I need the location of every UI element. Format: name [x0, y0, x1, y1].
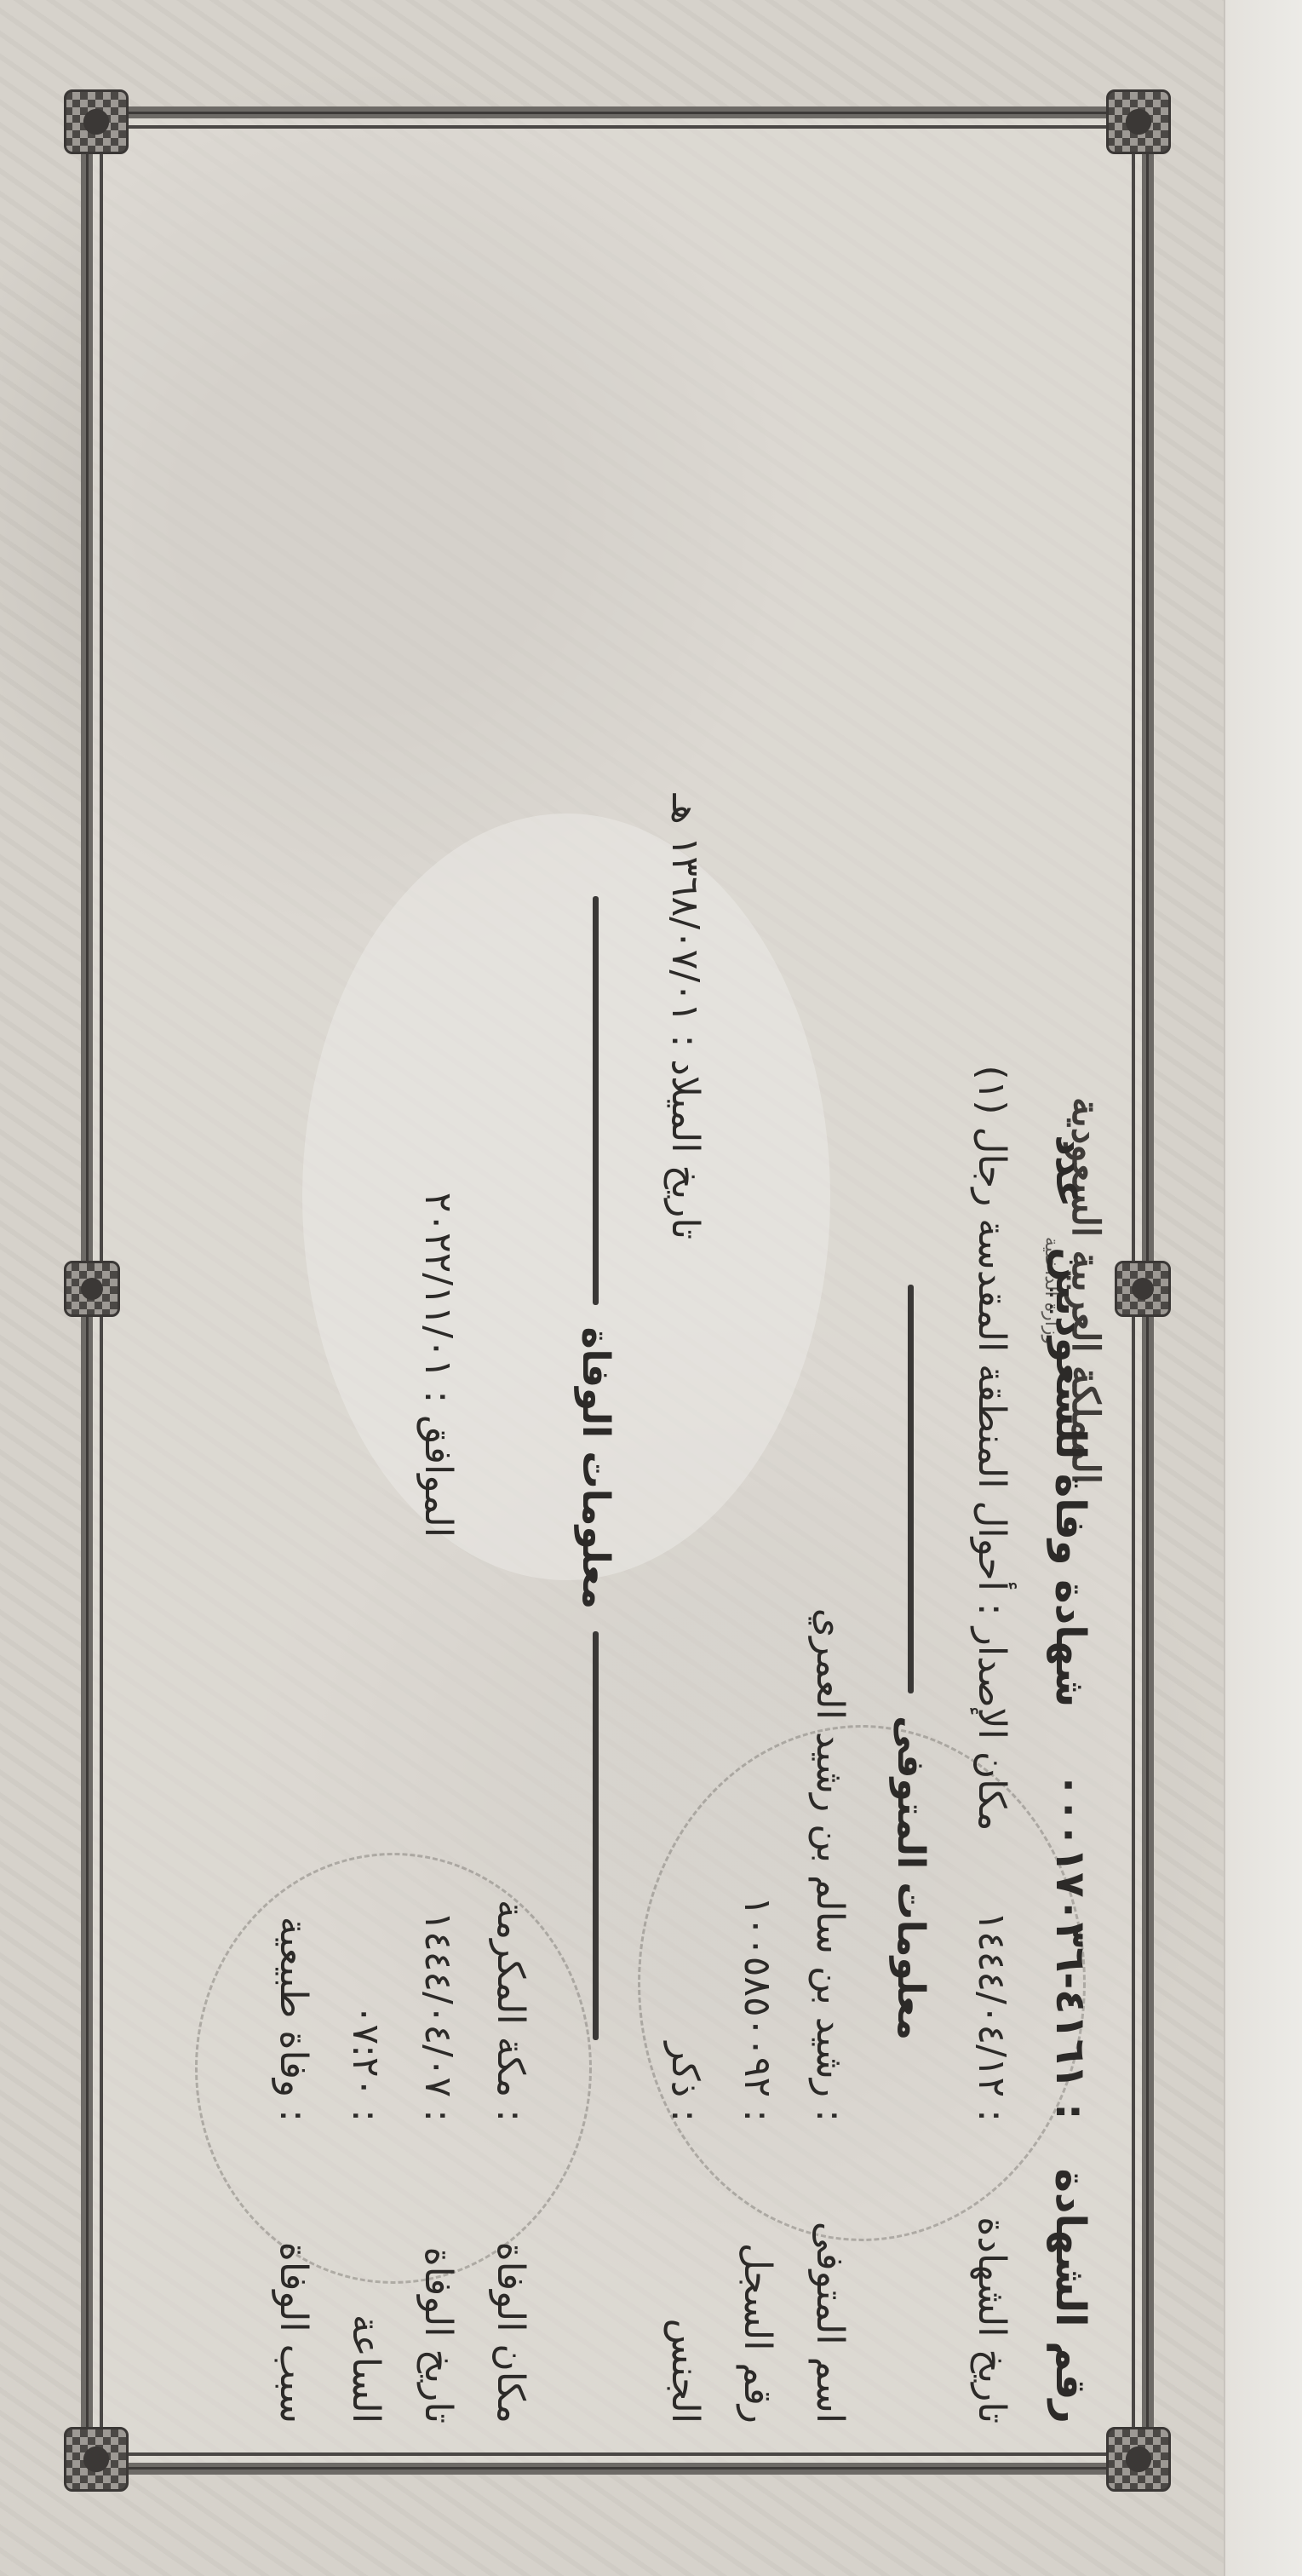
knot-ornament-icon — [64, 1261, 120, 1317]
corner-ornament-icon — [1106, 2427, 1171, 2492]
field-death-place: مكان الوفاة:مكة المكرمة — [489, 1900, 532, 2424]
watermark — [302, 814, 830, 1580]
corner-ornament-icon — [64, 2427, 129, 2492]
arabesque-decoration — [195, 1853, 592, 2284]
section-rule — [593, 896, 599, 1305]
field-record-number: رقم السجل:١٠٠٥٨٥٠٠٩٢ — [736, 1896, 779, 2424]
field-death-time: الساعة:٠٧:٢٠ — [344, 2004, 387, 2424]
field-gregorian-date: الموافق:٢٠٢٢/١١/٠١ — [416, 1193, 460, 1538]
section-rule — [593, 1631, 599, 2040]
corner-ornament-icon — [1106, 89, 1171, 154]
field-death-date: تاريخ الوفاة:١٤٤٤/٠٤/٠٧ — [416, 1911, 460, 2424]
paper-edge — [1224, 0, 1302, 2576]
field-certificate-date: تاريخ الشهادة:١٤٤٤/٠٤/١٢ مكان الإصدار:أح… — [970, 1066, 1013, 2424]
section-rule — [908, 1285, 914, 1693]
section-death-heading: معلومات الوفاة — [574, 896, 617, 2040]
death-certificate: المملكة العربية السعودية وزارة الداخلية … — [47, 64, 1188, 2517]
knot-ornament-icon — [1115, 1261, 1171, 1317]
field-birth-date: تاريخ الميلاد:١٣٦٨/٠٧/٠١ هـ — [663, 794, 707, 1239]
field-death-cause: سبب الوفاة:وفاة طبيعية — [272, 1917, 315, 2424]
field-deceased-name: اسم المتوفى:رشيد بن سالم بن رشيد العمري — [808, 1608, 852, 2424]
section-deceased-heading: معلومات المتوفى — [889, 1285, 932, 2040]
certificate-title: رقم الشهادة : ٤١٦١-٠٠٠١٧٠٣٦ شهادة وفاة ل… — [1047, 1135, 1094, 2424]
corner-ornament-icon — [64, 89, 129, 154]
certificate-page: المملكة العربية السعودية وزارة الداخلية … — [0, 0, 1226, 2576]
field-gender: الجنس:ذكر — [663, 2042, 707, 2424]
